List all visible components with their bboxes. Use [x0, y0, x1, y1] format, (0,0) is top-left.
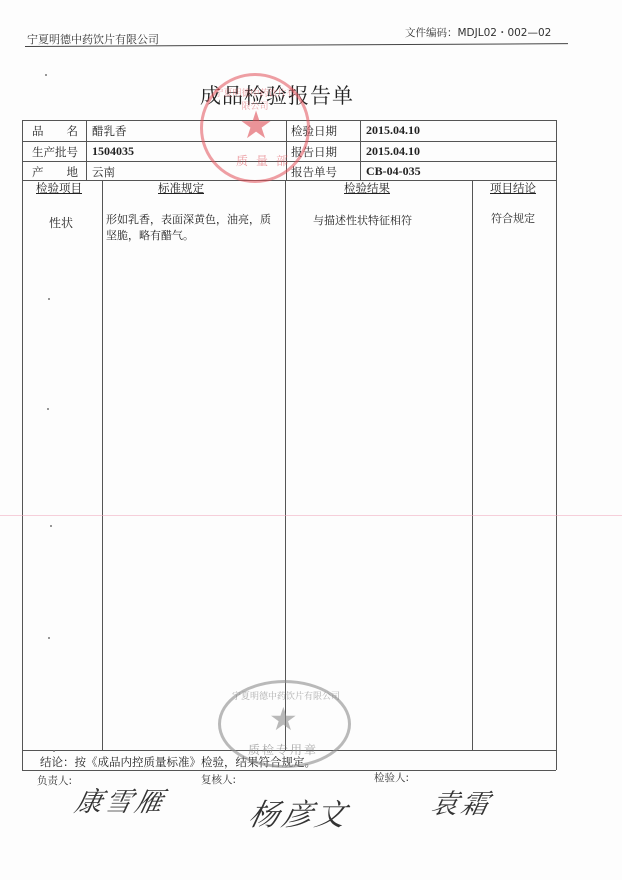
scan-speck	[48, 298, 50, 300]
quality-department-stamp: 宁夏明德中药饮片有限公司 ★ 质量部	[200, 73, 310, 183]
row-standard: 形如乳香，表面深黄色，油亮，质坚脆，略有醋气。	[106, 212, 281, 244]
responsible-label: 负责人:	[37, 773, 72, 788]
batch-value: 1504035	[92, 144, 134, 159]
star-icon: ★	[269, 703, 298, 735]
responsible-signature: 康雪雁	[72, 780, 170, 819]
row-result: 与描述性状特征相符	[313, 212, 412, 228]
origin-label: 产 地	[32, 164, 78, 180]
batch-label: 生产批号	[32, 144, 78, 160]
product-name-value: 醋乳香	[92, 123, 127, 139]
col-header-item: 检验项目	[36, 180, 82, 196]
table-col-divider	[102, 180, 103, 750]
inspect-date-value: 2015.04.10	[366, 123, 420, 138]
table-col-divider	[472, 180, 473, 750]
scan-speck	[48, 637, 50, 639]
report-no-label: 报告单号	[291, 164, 337, 180]
scan-speck	[53, 750, 55, 752]
table-col-divider	[86, 120, 87, 180]
origin-value: 云南	[92, 164, 115, 180]
stamp-label: 质检专用章	[248, 741, 318, 758]
col-header-standard: 标准规定	[158, 180, 204, 196]
row-item: 性状	[49, 214, 73, 231]
scan-speck	[45, 74, 47, 76]
scan-speck	[47, 408, 49, 410]
report-date-value: 2015.04.10	[366, 144, 420, 159]
qc-stamp: 宁夏明德中药饮片有限公司 ★ 质检专用章	[218, 680, 351, 768]
scan-speck	[50, 525, 52, 527]
inspector-label: 检验人:	[374, 770, 409, 785]
report-page: 宁夏明德中药饮片有限公司 文件编码：MDJL02・002—02 成品检验报告单 …	[0, 0, 622, 880]
col-header-result: 检验结果	[344, 180, 390, 196]
reviewer-label: 复核人:	[201, 772, 236, 787]
reviewer-signature: 杨彦文	[245, 790, 353, 834]
stamp-label: 质量部	[236, 152, 296, 169]
report-no-value: CB-04-035	[366, 164, 421, 179]
document-code: 文件编码：MDJL02・002—02	[405, 25, 551, 40]
row-conclusion: 符合规定	[491, 210, 535, 226]
table-border-left	[22, 120, 23, 770]
table-border-bottom	[22, 770, 556, 771]
product-name-label: 品 名	[32, 123, 78, 139]
table-col-divider	[285, 180, 286, 750]
scan-artifact-line	[0, 515, 622, 516]
table-border-right	[556, 120, 557, 770]
col-header-conclusion: 项目结论	[490, 180, 536, 196]
star-icon: ★	[239, 106, 273, 144]
inspector-signature: 袁霜	[428, 782, 496, 821]
table-col-divider	[360, 120, 361, 180]
